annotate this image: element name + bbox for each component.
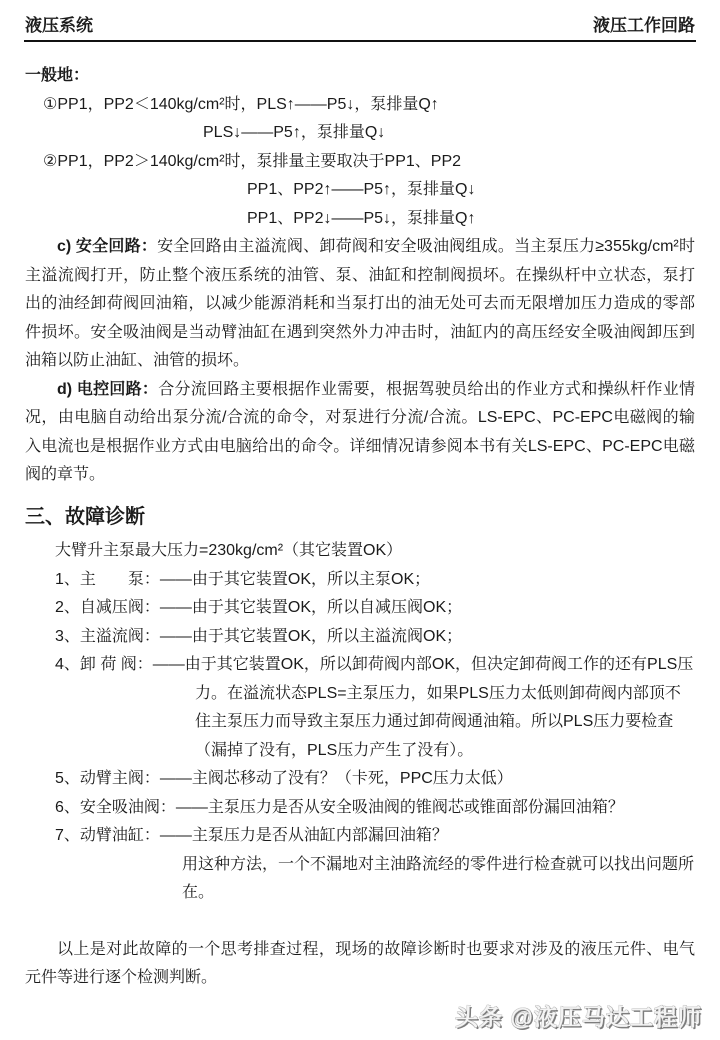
general-heading: 一般地： xyxy=(25,62,695,91)
diagnosis-item-2-label: 2、自减压阀： xyxy=(55,599,160,616)
diagnosis-item-1-text: ——由于其它装置OK，所以主泵OK； xyxy=(160,571,430,588)
formula-line-5: PP1、PP2↓——P5↓，泵排量Q↑ xyxy=(25,205,695,234)
diagnosis-item-1: 1、主 泵：——由于其它装置OK，所以主泵OK； xyxy=(25,566,695,595)
diagnosis-item-4-label: 4、卸 荷 阀： xyxy=(55,656,153,673)
diagnosis-item-4-text: ——由于其它装置OK，所以卸荷阀内部OK，但决定卸荷阀工作的还有PLS压力。在溢… xyxy=(153,656,693,759)
diagnosis-item-3-label: 3、主溢流阀： xyxy=(55,628,160,645)
conclusion-paragraph: 以上是对此故障的一个思考排查过程，现场的故障诊断时也要求对涉及的液压元件、电气元… xyxy=(25,936,695,993)
para-electric-circuit: d) 电控回路：合分流回路主要根据作业需要，根据驾驶员给出的作业方式和操纵杆作业… xyxy=(25,376,695,490)
diagnosis-item-6: 6、安全吸油阀：——主泵压力是否从安全吸油阀的锥阀芯或锥面部份漏回油箱？ xyxy=(25,794,695,823)
diagnosis-item-3: 3、主溢流阀：——由于其它装置OK，所以主溢流阀OK； xyxy=(25,623,695,652)
section-heading-diagnosis: 三、故障诊断 xyxy=(25,503,695,532)
formula-line-2: PLS↓——P5↑，泵排量Q↓ xyxy=(25,119,695,148)
diagnosis-item-6-text: ——主泵压力是否从安全吸油阀的锥阀芯或锥面部份漏回油箱？ xyxy=(176,799,624,816)
diagnosis-item-7: 7、动臂油缸：——主泵压力是否从油缸内部漏回油箱？ xyxy=(25,822,695,851)
formula-line-1: ①PP1，PP2＜140kg/cm²时，PLS↑——P5↓，泵排量Q↑ xyxy=(25,91,695,120)
diagnosis-intro: 大臂升主泵最大压力=230kg/cm²（其它装置OK） xyxy=(25,537,695,566)
para-electric-circuit-lead: d) 电控回路： xyxy=(57,381,158,398)
para-safety-circuit-lead: c) 安全回路： xyxy=(57,238,157,255)
document-page: 液压系统 液压工作回路 一般地： ①PP1，PP2＜140kg/cm²时，PLS… xyxy=(0,0,720,1040)
page-header: 液压系统 液压工作回路 xyxy=(24,0,696,42)
diagnosis-item-1-label: 1、主 泵： xyxy=(55,571,160,588)
watermark: 头条 @液压马达工程师 xyxy=(455,999,702,1032)
formula-line-4: PP1、PP2↑——P5↑，泵排量Q↓ xyxy=(25,176,695,205)
document-body: 一般地： ①PP1，PP2＜140kg/cm²时，PLS↑——P5↓，泵排量Q↑… xyxy=(0,62,720,993)
diagnosis-item-5-text: ——主阀芯移动了没有？（卡死，PPC压力太低） xyxy=(160,770,513,787)
diagnosis-item-3-text: ——由于其它装置OK，所以主溢流阀OK； xyxy=(160,628,462,645)
header-left-title: 液压系统 xyxy=(25,11,93,36)
diagnosis-item-2: 2、自减压阀：——由于其它装置OK，所以自减压阀OK； xyxy=(25,594,695,623)
diagnosis-item-2-text: ——由于其它装置OK，所以自减压阀OK； xyxy=(160,599,462,616)
diagnosis-item-4: 4、卸 荷 阀：——由于其它装置OK，所以卸荷阀内部OK，但决定卸荷阀工作的还有… xyxy=(25,651,695,765)
diagnosis-method-note: 用这种方法，一个不漏地对主油路流经的零件进行检查就可以找出问题所在。 xyxy=(25,851,695,908)
header-right-title: 液压工作回路 xyxy=(593,11,695,36)
formula-line-3: ②PP1，PP2＞140kg/cm²时，泵排量主要取决于PP1、PP2 xyxy=(25,148,695,177)
para-safety-circuit: c) 安全回路：安全回路由主溢流阀、卸荷阀和安全吸油阀组成。当主泵压力≥355k… xyxy=(25,233,695,376)
diagnosis-item-7-label: 7、动臂油缸： xyxy=(55,827,160,844)
para-safety-circuit-text: 安全回路由主溢流阀、卸荷阀和安全吸油阀组成。当主泵压力≥355kg/cm²时主溢… xyxy=(25,238,695,369)
diagnosis-item-6-label: 6、安全吸油阀： xyxy=(55,799,176,816)
diagnosis-item-5: 5、动臂主阀：——主阀芯移动了没有？（卡死，PPC压力太低） xyxy=(25,765,695,794)
diagnosis-item-7-text: ——主泵压力是否从油缸内部漏回油箱？ xyxy=(160,827,448,844)
diagnosis-item-5-label: 5、动臂主阀： xyxy=(55,770,160,787)
